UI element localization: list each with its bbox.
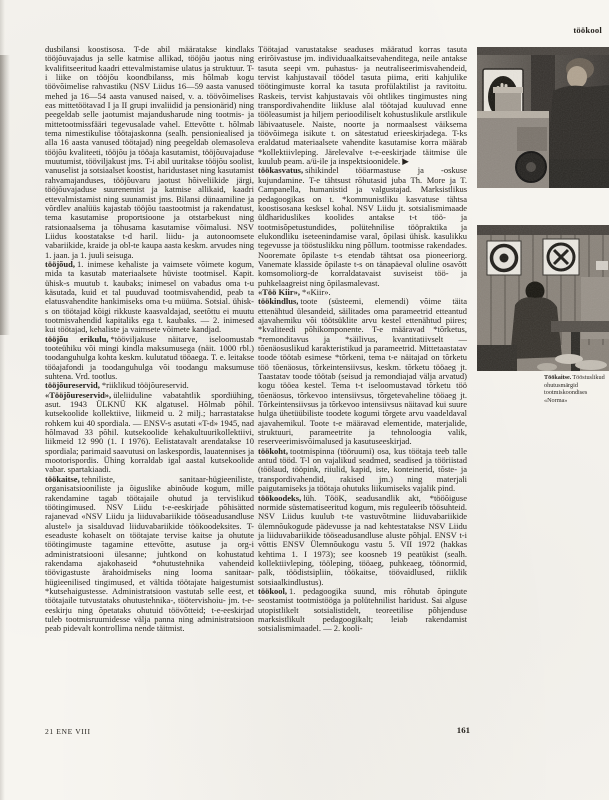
- paragraph-text: tehniliste, sanitaar-hügieeniliste, orga…: [45, 474, 254, 634]
- paragraph-text: lüh. TööK, seadusandlik akt, *tööõiguse …: [258, 493, 467, 587]
- paragraph-text: sihikindel tööarmastuse ja -oskuse kujun…: [258, 165, 467, 287]
- figure-caption: Töökaitse.Tööstuslikud ohutusmärgid toot…: [544, 374, 608, 404]
- entry-tookaitse: töökaitse,tehniliste, sanitaar-hügieenil…: [45, 475, 254, 634]
- paragraph-text: 1. pedagoogika suund, mis rõhutab õpingu…: [258, 586, 467, 633]
- figure-caption-lead: Töökaitse.: [544, 374, 571, 381]
- entry-tookoht: töökoht,tootmispinna (tööruumi) osa, kus…: [258, 447, 467, 494]
- page-number: 161: [448, 725, 470, 735]
- continued-paragraph-toojoubilanss: dusbilansi koostisosa. T-de abil määrata…: [45, 45, 254, 260]
- encyclopedia-page: töökool dusbilansi koostisosa. T-de abil…: [0, 0, 609, 800]
- paragraph-text: Töötajad varustatakse seaduses määratud …: [258, 44, 467, 166]
- paragraph-text: tootmispinna (tööruumi) osa, kus töötaja…: [258, 446, 467, 493]
- entry-lead: tööjõureservid,: [45, 380, 100, 390]
- scan-edge-shadow: [0, 55, 10, 335]
- entry-toojoud: tööjõud,1. inimese kehaliste ja vaimsete…: [45, 260, 254, 335]
- entry-tookoodeks: töökoodeks,lüh. TööK, seadusandlik akt, …: [258, 494, 467, 587]
- entry-toojoureservid-sporditing: «Tööjõureservid»,üleliiduline vabatahtli…: [45, 391, 254, 475]
- entry-tookool: töökool,1. pedagoogika suund, mis rõhuta…: [258, 587, 467, 634]
- safety-photo-top: [477, 47, 609, 188]
- paragraph-text: üleliiduline vabatahtlik spordiühing, as…: [45, 390, 254, 475]
- right-column: Töötajad varustatakse seaduses määratud …: [258, 45, 467, 634]
- safety-photo-bottom: [477, 225, 609, 371]
- left-column: dusbilansi koostisosa. T-de abil määrata…: [45, 45, 254, 634]
- paragraph-text: 1. inimese kehaliste ja vaimsete võimete…: [45, 259, 254, 334]
- entry-tookasvatus: töökasvatus,sihikindel tööarmastuse ja -…: [258, 166, 467, 287]
- entry-tookindlus: töökindlus,toote (süsteemi, elemendi) võ…: [258, 297, 467, 447]
- continued-paragraph-tookaitse: Töötajad varustatakse seaduses määratud …: [258, 45, 467, 166]
- running-head: töökool: [540, 25, 602, 35]
- paragraph-text: dusbilansi koostisosa. T-de abil määrata…: [45, 44, 254, 260]
- print-signature: 21 ENE VIII: [45, 727, 91, 736]
- entry-toojou-erikulu: tööjõu erikulu,*tööviljakuse näitarve, i…: [45, 335, 254, 382]
- paragraph-text: toote (süsteemi, elemendi) võime täita e…: [258, 296, 467, 446]
